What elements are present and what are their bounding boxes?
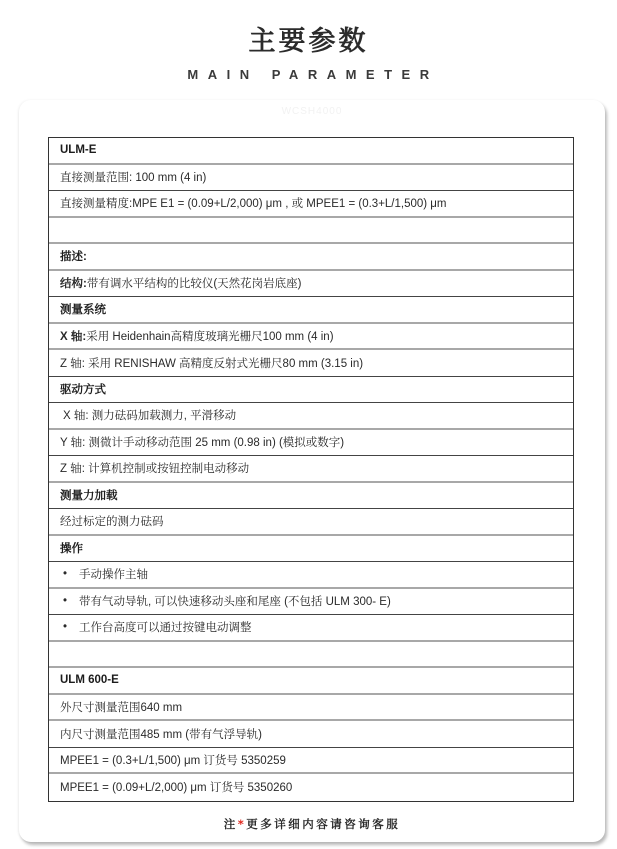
table-row-section-header: 操作 <box>49 536 573 563</box>
table-row-model-header: ULM 600-E <box>49 668 573 695</box>
row-text: 测量系统 <box>60 301 106 317</box>
parameter-card: WCSH4000 ULM-E 直接测量范围: 100 mm (4 in) 直接测… <box>19 100 605 842</box>
watermark: WCSH4000 <box>19 106 605 117</box>
row-text: ULM-E <box>60 144 96 156</box>
page-subtitle: MAIN PARAMETER <box>0 66 617 84</box>
row-text: 工作台高度可以通过按键电动调整 <box>79 619 252 635</box>
table-row-bullet: •带有气动导轨, 可以快速移动头座和尾座 (不包括 ULM 300- E) <box>49 589 573 616</box>
table-row-section-header: 测量系统 <box>49 297 573 324</box>
row-text: 描述: <box>60 248 87 264</box>
table-row: Y 轴: 测微计手动移动范围 25 mm (0.98 in) (模拟或数字) <box>49 430 573 457</box>
row-text: 带有调水平结构的比较仪(天然花岗岩底座) <box>87 275 302 291</box>
row-text: 经过标定的测力砝码 <box>60 513 164 529</box>
footer-note: 注*更多详细内容请咨询客服 <box>19 816 605 832</box>
table-row: 结构: 带有调水平结构的比较仪(天然花岗岩底座) <box>49 271 573 298</box>
table-row: 经过标定的测力砝码 <box>49 509 573 536</box>
table-row-section-header: 描述: <box>49 244 573 271</box>
row-text: 直接测量范围: 100 mm (4 in) <box>60 169 206 185</box>
footer-prefix: 注 <box>224 817 238 831</box>
row-text: 操作 <box>60 540 83 556</box>
row-text: 直接测量精度:MPE E1 = (0.09+L/2,000) μm , 或 MP… <box>60 195 447 211</box>
footer-text: 更多详细内容请咨询客服 <box>246 817 400 831</box>
table-row-bullet: •手动操作主轴 <box>49 562 573 589</box>
table-row-model-header: ULM-E <box>49 138 573 165</box>
row-text: 外尺寸测量范围640 mm <box>60 699 182 715</box>
bullet-icon: • <box>60 621 79 633</box>
row-text: 内尺寸测量范围485 mm (带有气浮导轨) <box>60 726 262 742</box>
row-label: 结构: <box>60 275 87 291</box>
bullet-icon: • <box>60 568 79 580</box>
asterisk-icon: * <box>238 817 247 831</box>
table-row-section-header: 测量力加载 <box>49 483 573 510</box>
table-row-empty <box>49 218 573 245</box>
bullet-icon: • <box>60 595 79 607</box>
table-row-empty <box>49 642 573 669</box>
table-row: X 轴: 测力砝码加载测力, 平滑移动 <box>49 403 573 430</box>
row-text: 采用 Heidenhain高精度玻璃光栅尺100 mm (4 in) <box>86 328 333 344</box>
row-text: MPEE1 = (0.09+L/2,000) μm 订货号 5350260 <box>60 779 292 795</box>
row-text: 带有气动导轨, 可以快速移动头座和尾座 (不包括 ULM 300- E) <box>79 593 391 609</box>
table-row-section-header: 驱动方式 <box>49 377 573 404</box>
table-row: 内尺寸测量范围485 mm (带有气浮导轨) <box>49 721 573 748</box>
table-row: X 轴: 采用 Heidenhain高精度玻璃光栅尺100 mm (4 in) <box>49 324 573 351</box>
row-text: Z 轴: 采用 RENISHAW 高精度反射式光栅尺80 mm (3.15 in… <box>60 355 363 371</box>
row-text: X 轴: 测力砝码加载测力, 平滑移动 <box>63 407 236 423</box>
spec-table: ULM-E 直接测量范围: 100 mm (4 in) 直接测量精度:MPE E… <box>48 137 574 802</box>
row-text: 驱动方式 <box>60 381 106 397</box>
row-text: 测量力加载 <box>60 487 118 503</box>
table-row: MPEE1 = (0.3+L/1,500) μm 订货号 5350259 <box>49 748 573 775</box>
table-row-bullet: •工作台高度可以通过按键电动调整 <box>49 615 573 642</box>
table-row: MPEE1 = (0.09+L/2,000) μm 订货号 5350260 <box>49 774 573 801</box>
row-text: MPEE1 = (0.3+L/1,500) μm 订货号 5350259 <box>60 752 286 768</box>
table-row: 直接测量精度:MPE E1 = (0.09+L/2,000) μm , 或 MP… <box>49 191 573 218</box>
page-title: 主要参数 <box>0 24 617 60</box>
row-text: 手动操作主轴 <box>79 566 148 582</box>
table-row: 直接测量范围: 100 mm (4 in) <box>49 165 573 192</box>
table-row: Z 轴: 计算机控制或按钮控制电动移动 <box>49 456 573 483</box>
row-text: ULM 600-E <box>60 674 119 686</box>
row-text: Y 轴: 测微计手动移动范围 25 mm (0.98 in) (模拟或数字) <box>60 434 344 450</box>
row-text: Z 轴: 计算机控制或按钮控制电动移动 <box>60 460 249 476</box>
row-label: X 轴: <box>60 328 86 344</box>
table-row: 外尺寸测量范围640 mm <box>49 695 573 722</box>
table-row: Z 轴: 采用 RENISHAW 高精度反射式光栅尺80 mm (3.15 in… <box>49 350 573 377</box>
